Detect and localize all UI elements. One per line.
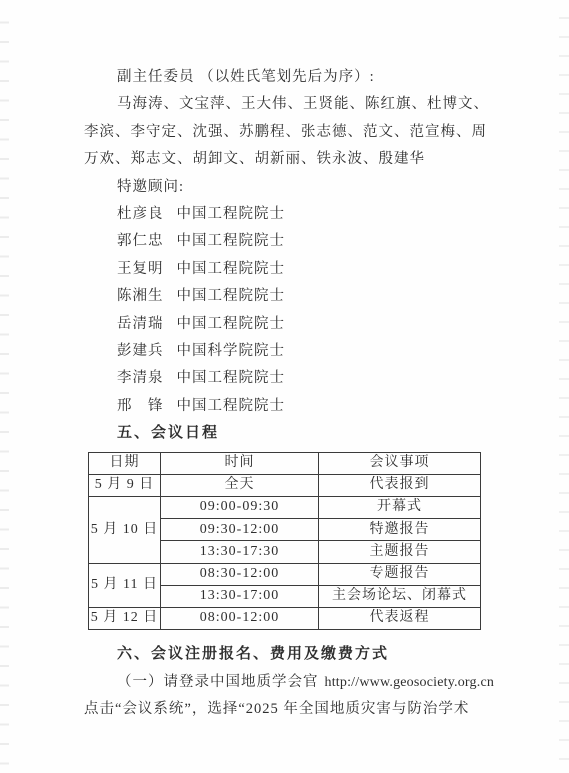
registration-text: （一）请登录中国地质学会官 — [117, 674, 319, 690]
time-cell: 09:30-12:00 — [161, 519, 319, 541]
advisor-title: 中国科学院院士 — [177, 338, 286, 365]
advisor-title: 中国工程院院士 — [177, 393, 286, 420]
advisor-name: 岳清瑞 — [117, 311, 164, 338]
document-content: 副主任委员 （以姓氏笔划先后为序）: 马海涛、文宝萍、王大伟、王贤能、陈红旗、杜… — [84, 64, 486, 723]
table-row: 5 月 9 日 全天 代表报到 — [89, 474, 481, 496]
table-row: 5 月 11 日 08:30-12:00 专题报告 — [89, 563, 481, 585]
vice-chair-heading: 副主任委员 （以姓氏笔划先后为序）: — [84, 64, 486, 91]
advisor-title: 中国工程院院士 — [177, 228, 286, 255]
event-cell: 代表报到 — [319, 474, 481, 496]
event-cell: 代表返程 — [319, 608, 481, 630]
scan-artifact-left — [0, 4, 9, 773]
time-cell: 13:30-17:30 — [161, 541, 319, 563]
table-header-event: 会议事项 — [319, 452, 481, 474]
time-cell: 08:30-12:00 — [161, 563, 319, 585]
date-cell: 5 月 10 日 — [89, 497, 161, 564]
advisor-row: 王复明 中国工程院院士 — [84, 256, 486, 283]
document-page: 副主任委员 （以姓氏笔划先后为序）: 马海涛、文宝萍、王大伟、王贤能、陈红旗、杜… — [0, 0, 569, 773]
advisor-name: 杜彦良 — [117, 201, 164, 228]
advisor-title: 中国工程院院士 — [177, 365, 286, 392]
advisor-row: 邢 锋 中国工程院院士 — [84, 393, 486, 420]
time-cell: 全天 — [161, 474, 319, 496]
date-cell: 5 月 9 日 — [89, 474, 161, 496]
registration-url: http://www.geosociety.org.cn — [325, 675, 495, 690]
advisor-title: 中国工程院院士 — [177, 201, 286, 228]
scan-artifact-right — [559, 0, 569, 773]
member-names-line-1: 马海涛、文宝萍、王大伟、王贤能、陈红旗、杜博文、 — [84, 91, 486, 118]
table-header-time: 时间 — [161, 452, 319, 474]
advisor-row: 李清泉 中国工程院院士 — [84, 365, 486, 392]
advisor-name: 陈湘生 — [117, 283, 164, 310]
schedule-table: 日期 时间 会议事项 5 月 9 日 全天 代表报到 5 月 10 日 09:0… — [88, 452, 481, 631]
date-cell: 5 月 12 日 — [89, 608, 161, 630]
time-cell: 13:30-17:00 — [161, 585, 319, 607]
event-cell: 专题报告 — [319, 563, 481, 585]
table-row: 5 月 10 日 09:00-09:30 开幕式 — [89, 497, 481, 519]
advisor-name: 邢 锋 — [117, 393, 164, 420]
section6-heading: 六、会议注册报名、费用及缴费方式 — [84, 641, 486, 668]
advisor-name: 李清泉 — [117, 365, 164, 392]
registration-line-1: （一）请登录中国地质学会官http://www.geosociety.org.c… — [84, 669, 486, 696]
advisor-row: 杜彦良 中国工程院院士 — [84, 201, 486, 228]
advisor-row: 陈湘生 中国工程院院士 — [84, 283, 486, 310]
event-cell: 开幕式 — [319, 497, 481, 519]
advisor-row: 郭仁忠 中国工程院院士 — [84, 228, 486, 255]
advisor-title: 中国工程院院士 — [177, 311, 286, 338]
section5-heading: 五、会议日程 — [84, 420, 486, 447]
table-row: 5 月 12 日 08:00-12:00 代表返程 — [89, 608, 481, 630]
advisor-name: 郭仁忠 — [117, 228, 164, 255]
advisor-row: 彭建兵 中国科学院院士 — [84, 338, 486, 365]
time-cell: 09:00-09:30 — [161, 497, 319, 519]
event-cell: 主会场论坛、闭幕式 — [319, 585, 481, 607]
member-names-line-3: 万欢、郑志文、胡卸文、胡新丽、铁永波、殷建华 — [84, 146, 486, 173]
member-names-line-2: 李滨、李守定、沈强、苏鹏程、张志德、范文、范宣梅、周 — [84, 119, 486, 146]
advisor-row: 岳清瑞 中国工程院院士 — [84, 311, 486, 338]
advisor-name: 王复明 — [117, 256, 164, 283]
event-cell: 主题报告 — [319, 541, 481, 563]
advisors-heading: 特邀顾问: — [84, 174, 486, 201]
table-header-date: 日期 — [89, 452, 161, 474]
date-cell: 5 月 11 日 — [89, 563, 161, 607]
advisor-title: 中国工程院院士 — [177, 283, 286, 310]
advisor-name: 彭建兵 — [117, 338, 164, 365]
time-cell: 08:00-12:00 — [161, 608, 319, 630]
event-cell: 特邀报告 — [319, 519, 481, 541]
table-header-row: 日期 时间 会议事项 — [89, 452, 481, 474]
registration-line-2: 点击“会议系统”，选择“2025 年全国地质灾害与防治学术 — [84, 696, 486, 723]
advisor-title: 中国工程院院士 — [177, 256, 286, 283]
